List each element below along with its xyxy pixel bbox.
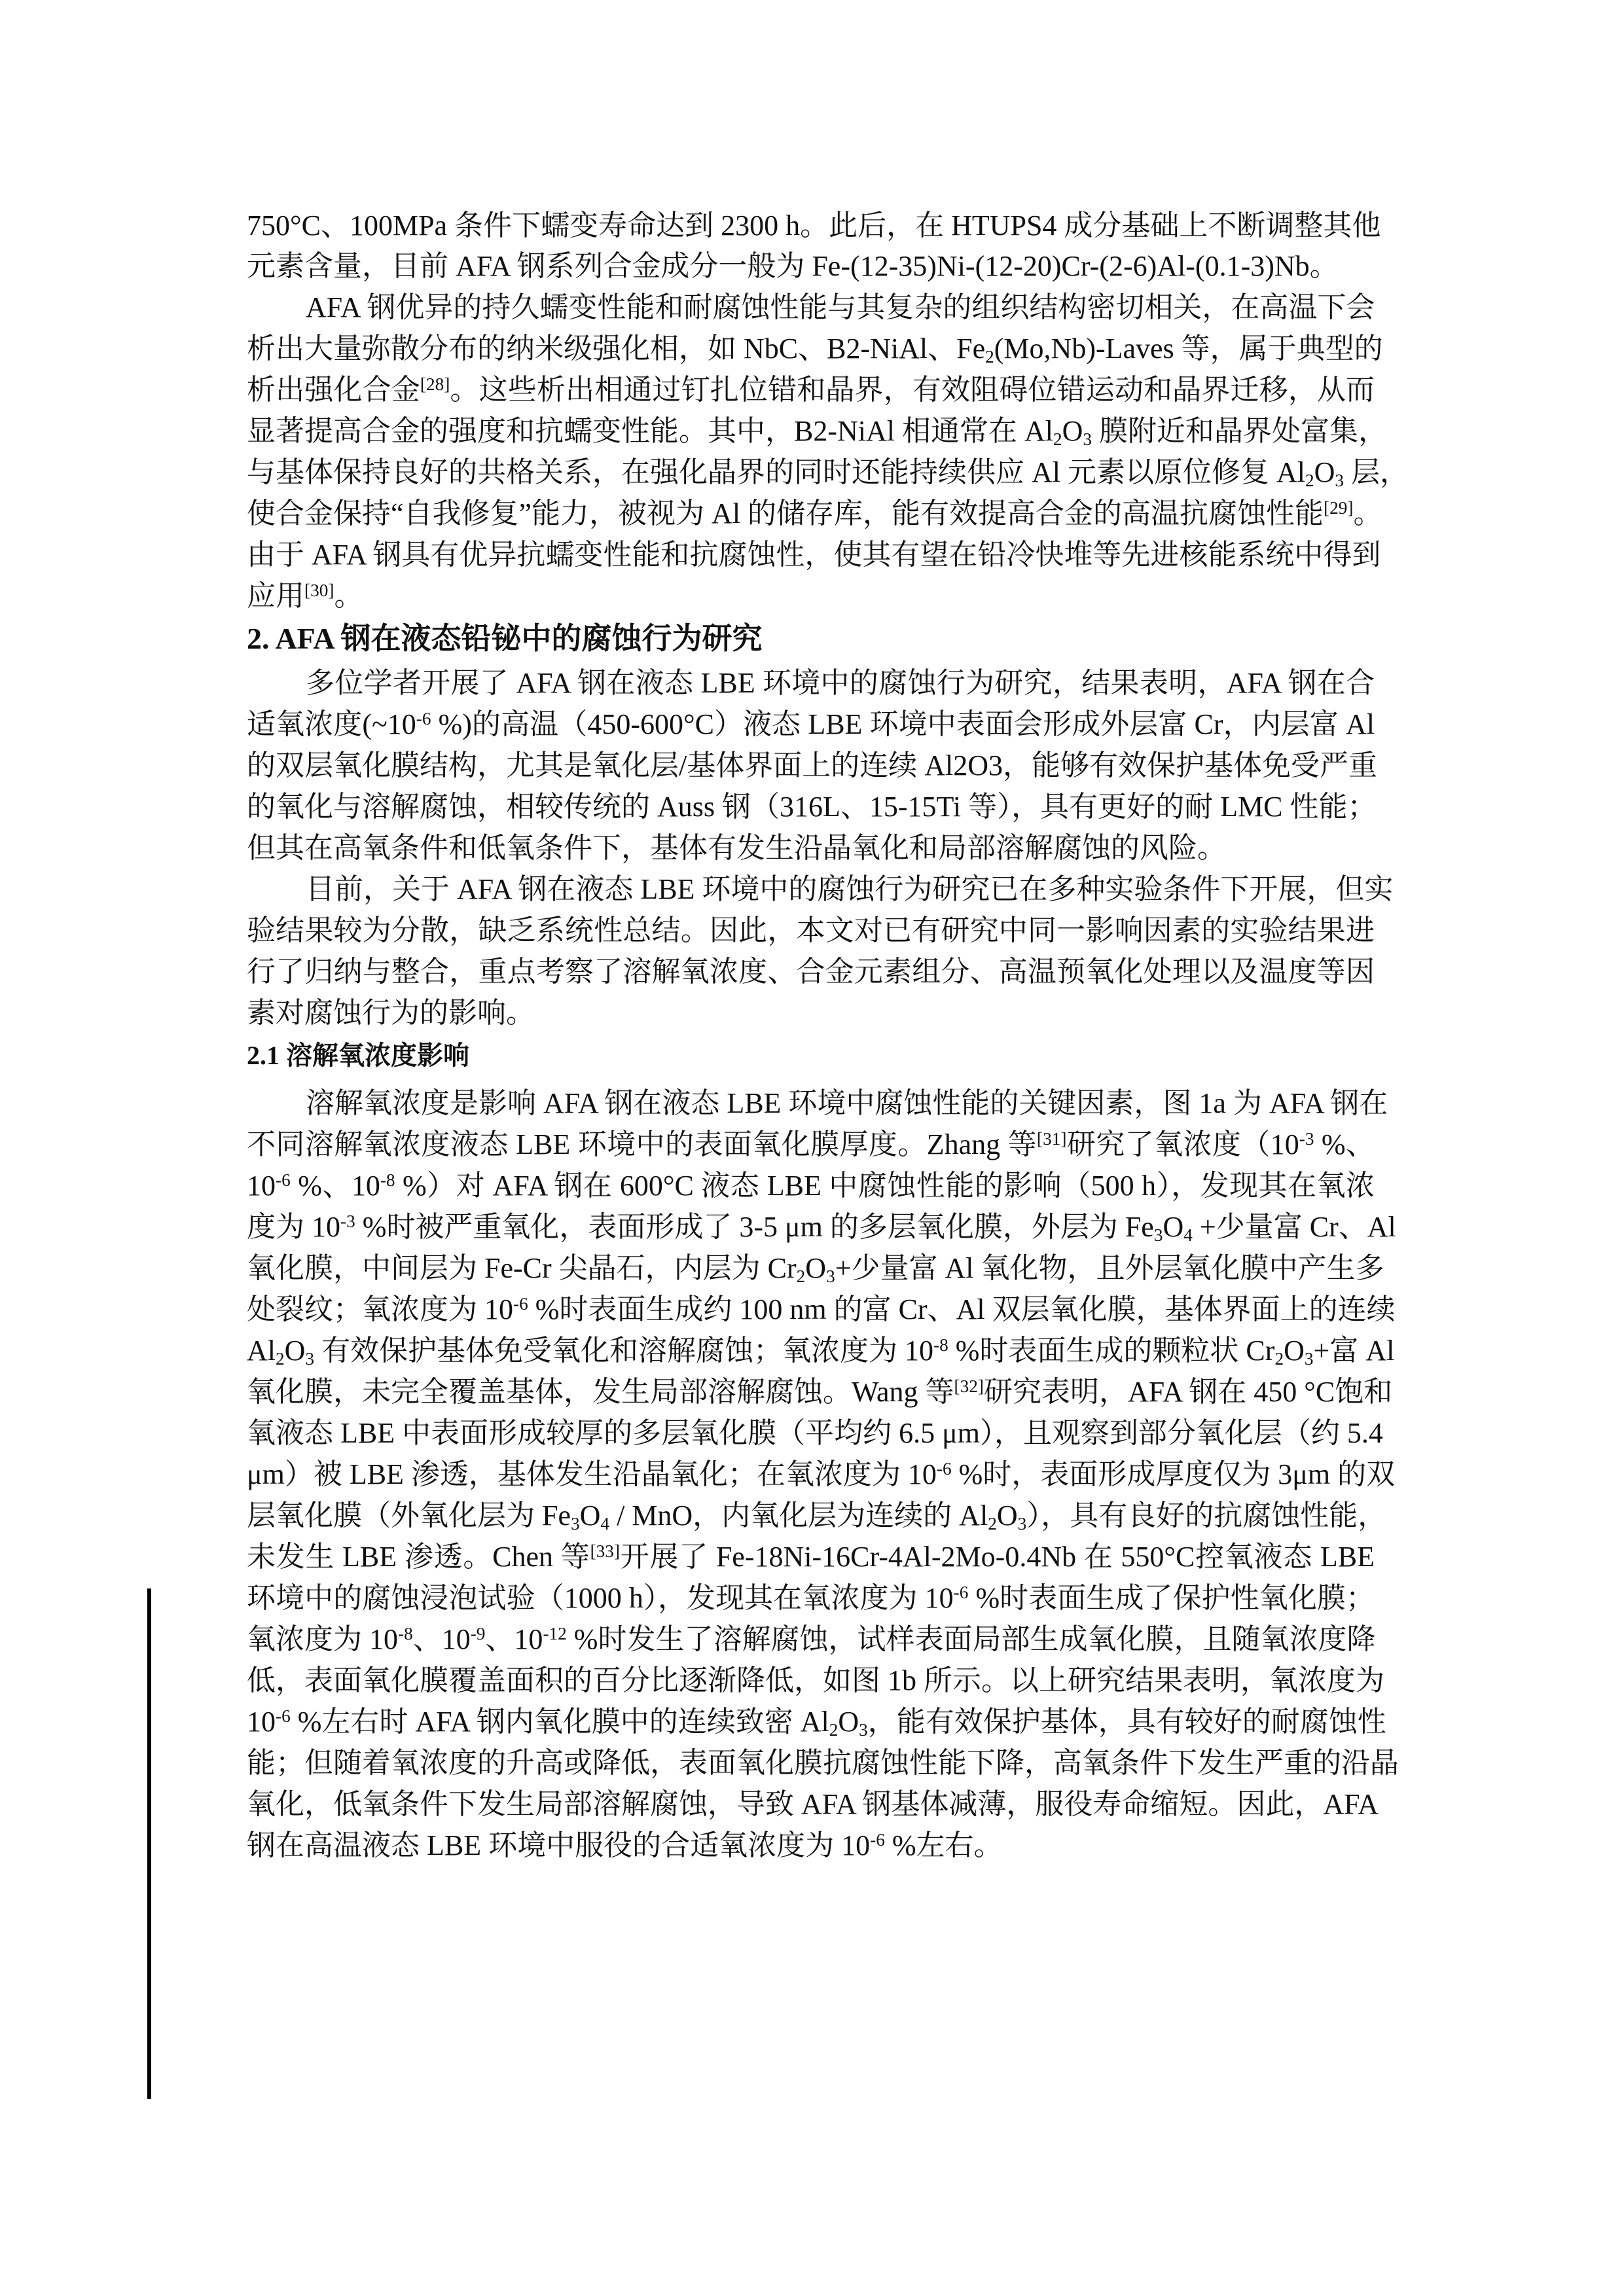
- text-run: μm）被 LBE 渗透，基体发生沿晶氧化；在氧浓度为 10: [247, 1458, 937, 1490]
- text-run: 验结果较为分散，缺乏系统性总结。因此，本文对已有研究中同一影响因素的实验结果进: [247, 914, 1375, 946]
- text-line: 显著提高合金的强度和抗蠕变性能。其中，B2-NiAl 相通常在 Al2O3 膜附…: [247, 411, 1375, 452]
- superscript: -12: [543, 1624, 566, 1643]
- text-run: AFA 钢优异的持久蠕变性能和耐腐蚀性能与其复杂的组织结构密切相关，在高温下会: [306, 291, 1375, 323]
- text-line: 低，表面氧化膜覆盖面积的百分比逐渐降低，如图 1b 所示。以上研究结果表明，氧浓…: [247, 1660, 1375, 1701]
- text-line: 750°C、100MPa 条件下蠕变寿命达到 2300 h。此后，在 HTUPS…: [247, 206, 1375, 246]
- text-run: 但其在高氧条件和低氧条件下，基体有发生沿晶氧化和局部溶解腐蚀的风险。: [247, 832, 1226, 864]
- superscript: [31]: [1037, 1129, 1066, 1149]
- text-line: 适氧浓度(~10-6 %)的高温（450-600°C）液态 LBE 环境中表面会…: [247, 704, 1375, 745]
- text-run: 行了归纳与整合，重点考察了溶解氧浓度、合金元素组分、高温预氧化处理以及温度等因: [247, 956, 1375, 988]
- text-run: %时表面生成的颗粒状 Cr: [948, 1335, 1275, 1367]
- subscript: 2: [1305, 471, 1314, 490]
- section-heading: 2. AFA 钢在液态铅铋中的腐蚀行为研究: [247, 619, 763, 659]
- text-line: 钢在高温液态 LBE 环境中服役的合适氧浓度为 10-6 %左右。: [247, 1825, 1375, 1866]
- subscript: 3: [571, 1514, 580, 1534]
- subscript: 2: [1274, 1349, 1284, 1369]
- text-run: 层，: [1344, 456, 1409, 488]
- text-run: 适氧浓度(~10: [247, 708, 416, 740]
- text-run: 10: [247, 1706, 276, 1738]
- superscript: [28]: [420, 374, 450, 394]
- subscript: 2: [797, 1266, 806, 1286]
- text-run: (Mo,Nb)-Laves 等，属于典型的: [994, 332, 1383, 365]
- superscript: [30]: [304, 581, 334, 600]
- text-run: 10: [247, 1170, 276, 1202]
- text-run: 析出强化合金: [247, 374, 420, 406]
- superscript: -3: [340, 1211, 355, 1231]
- superscript: -6: [276, 1706, 291, 1726]
- text-run: %、: [1314, 1128, 1375, 1160]
- text-run: %、10: [291, 1170, 380, 1202]
- text-line: 的氧化与溶解腐蚀，相较传统的 Auss 钢（316L、15-15Ti 等），具有…: [247, 787, 1375, 827]
- subscript: 2: [988, 1514, 997, 1534]
- text-run: 素对腐蚀行为的影响。: [247, 997, 535, 1029]
- text-run: 未发生 LBE 渗透。Chen 等: [247, 1541, 590, 1573]
- text-run: 膜附近和晶界处富集，: [1092, 415, 1387, 447]
- text-line: 氧化膜，中间层为 Fe-Cr 尖晶石，内层为 Cr2O3+少量富 Al 氧化物，…: [247, 1248, 1375, 1289]
- subscript: 3: [305, 1349, 314, 1369]
- text-run: O: [838, 1706, 859, 1738]
- subscript: 3: [859, 1720, 868, 1740]
- text-run: 750°C、100MPa 条件下蠕变寿命达到 2300 h。此后，在 HTUPS…: [247, 209, 1380, 242]
- text-run: 目前，关于 AFA 钢在液态 LBE 环境中的腐蚀行为研究已在多种实验条件下开展…: [306, 873, 1393, 905]
- text-run: 处裂纹；氧浓度为 10: [247, 1293, 513, 1325]
- text-line: 不同溶解氧浓度液态 LBE 环境中的表面氧化膜厚度。Zhang 等[31]研究了…: [247, 1124, 1375, 1165]
- superscript: -6: [870, 1830, 885, 1850]
- text-run: 元素含量，目前 AFA 钢系列合金成分一般为 Fe-(12-35)Ni-(12-…: [247, 250, 1339, 282]
- text-run: 能；但随着氧浓度的升高或降低，表面氧化膜抗腐蚀性能下降，高氧条件下发生严重的沿晶: [247, 1747, 1399, 1779]
- text-run: 。这些析出相通过钉扎位错和晶界，有效阻碍位错运动和晶界迁移，从而: [450, 374, 1375, 406]
- subscript: 4: [600, 1514, 609, 1534]
- superscript: [33]: [590, 1541, 620, 1561]
- text-run: %左右。: [885, 1829, 1003, 1861]
- text-line: 由于 AFA 钢具有优异抗蠕变性能和抗腐蚀性，使其有望在铅冷快堆等先进核能系统中…: [247, 535, 1375, 575]
- text-line: 多位学者开展了 AFA 钢在液态 LBE 环境中的腐蚀行为研究，结果表明，AFA…: [306, 663, 1375, 704]
- text-run: %时表面生成了保护性氧化膜；: [968, 1582, 1375, 1614]
- subscript: 3: [826, 1266, 835, 1286]
- text-line: 素对腐蚀行为的影响。: [247, 993, 1375, 1033]
- text-run: 应用: [247, 580, 304, 612]
- text-run: ，能有效保护基体，具有较好的耐腐蚀性: [868, 1706, 1386, 1738]
- text-run: O: [1284, 1335, 1305, 1367]
- subscript: 3: [1154, 1225, 1163, 1245]
- text-run: %时，表面形成厚度仅为 3μm 的双: [952, 1458, 1395, 1490]
- text-run: 度为 10: [247, 1211, 340, 1243]
- subscript: 2: [985, 347, 994, 367]
- text-run: 氧化膜，中间层为 Fe-Cr 尖晶石，内层为 Cr: [247, 1252, 797, 1284]
- superscript: -3: [1299, 1129, 1314, 1149]
- superscript: [29]: [1324, 498, 1353, 518]
- subscript: 2: [1053, 429, 1062, 449]
- text-run: 。: [334, 580, 363, 612]
- text-run: 不同溶解氧浓度液态 LBE 环境中的表面氧化膜厚度。Zhang 等: [247, 1128, 1037, 1160]
- text-line: 析出强化合金[28]。这些析出相通过钉扎位错和晶界，有效阻碍位错运动和晶界迁移，…: [247, 370, 1375, 410]
- text-run: 有效保护基体免受氧化和溶解腐蚀；氧浓度为 10: [314, 1335, 933, 1367]
- subscript: 3: [1083, 429, 1092, 449]
- superscript: -8: [380, 1170, 395, 1190]
- text-run: 钢在高温液态 LBE 环境中服役的合适氧浓度为 10: [247, 1829, 870, 1861]
- text-line: AFA 钢优异的持久蠕变性能和耐腐蚀性能与其复杂的组织结构密切相关，在高温下会: [306, 287, 1375, 328]
- text-line: 10-6 %、10-8 %）对 AFA 钢在 600°C 液态 LBE 中腐蚀性…: [247, 1166, 1375, 1206]
- text-run: 低，表面氧化膜覆盖面积的百分比逐渐降低，如图 1b 所示。以上研究结果表明，氧浓…: [247, 1664, 1384, 1696]
- text-run: 的氧化与溶解腐蚀，相较传统的 Auss 钢（316L、15-15Ti 等），具有…: [247, 791, 1376, 823]
- text-run: O: [285, 1335, 306, 1367]
- text-line: 氧浓度为 10-8、10-9、10-12 %时发生了溶解腐蚀，试样表面局部生成氧…: [247, 1619, 1375, 1660]
- text-run: O: [1163, 1211, 1183, 1243]
- subscript: 3: [1305, 1349, 1314, 1369]
- text-run: O: [1314, 456, 1335, 488]
- superscript: -8: [933, 1335, 948, 1355]
- superscript: -9: [471, 1624, 486, 1643]
- text-run: 由于 AFA 钢具有优异抗蠕变性能和抗腐蚀性，使其有望在铅冷快堆等先进核能系统中…: [247, 539, 1380, 571]
- text-run: 研究了氧浓度（10: [1066, 1128, 1299, 1160]
- text-run: 溶解氧浓度是影响 AFA 钢在液态 LBE 环境中腐蚀性能的关键因素，图 1a …: [306, 1087, 1388, 1119]
- text-line: 的双层氧化膜结构，尤其是氧化层/基体界面上的连续 Al2O3，能够有效保护基体免…: [247, 745, 1375, 786]
- text-line: 析出大量弥散分布的纳米级强化相，如 NbC、B2-NiAl、Fe2(Mo,Nb)…: [247, 329, 1375, 369]
- superscript: -6: [276, 1170, 291, 1190]
- text-line: 氧化膜，未完全覆盖基体，发生局部溶解腐蚀。Wang 等[32]研究表明，AFA …: [247, 1372, 1375, 1412]
- text-line: 度为 10-3 %时被严重氧化，表面形成了 3-5 μm 的多层氧化膜，外层为 …: [247, 1207, 1375, 1247]
- text-line: 应用[30]。: [247, 576, 1375, 617]
- text-run: 使合金保持“自我修复”能力，被视为 Al 的储存库，能有效提高合金的高温抗腐蚀性…: [247, 497, 1324, 529]
- text-line: 验结果较为分散，缺乏系统性总结。因此，本文对已有研究中同一影响因素的实验结果进: [247, 910, 1375, 951]
- text-run: 与基体保持良好的共格关系，在强化晶界的同时还能持续供应 Al 元素以原位修复 A…: [247, 456, 1305, 488]
- superscript: -6: [954, 1583, 969, 1602]
- text-run: 。: [1354, 497, 1382, 529]
- text-run: 研究表明，AFA 钢在 450 °C饱和: [984, 1376, 1392, 1408]
- text-run: %)的高温（450-600°C）液态 LBE 环境中表面会形成外层富 Cr，内层…: [431, 708, 1375, 740]
- text-line: 10-6 %左右时 AFA 钢内氧化膜中的连续致密 Al2O3，能有效保护基体，…: [247, 1702, 1375, 1742]
- text-run: +少量富 Cr、Al: [1193, 1211, 1396, 1243]
- subscript: 4: [1183, 1225, 1193, 1245]
- text-run: ），具有良好的抗腐蚀性能，: [1026, 1499, 1386, 1532]
- text-run: / MnO，内氧化层为连续的 Al: [609, 1499, 988, 1532]
- text-run: O: [580, 1499, 601, 1532]
- text-run: 氧化，低氧条件下发生局部溶解腐蚀，导致 AFA 钢基体减薄，服役寿命缩短。因此，…: [247, 1788, 1379, 1820]
- text-run: %时被严重氧化，表面形成了 3-5 μm 的多层氧化膜，外层为 Fe: [355, 1211, 1154, 1243]
- text-run: %时发生了溶解腐蚀，试样表面局部生成氧化膜，且随氧浓度降: [567, 1623, 1376, 1655]
- text-line: 溶解氧浓度是影响 AFA 钢在液态 LBE 环境中腐蚀性能的关键因素，图 1a …: [306, 1083, 1375, 1124]
- text-line: 与基体保持良好的共格关系，在强化晶界的同时还能持续供应 Al 元素以原位修复 A…: [247, 452, 1375, 493]
- text-line: 氧液态 LBE 中表面形成较厚的多层氧化膜（平均约 6.5 μm），且观察到部分…: [247, 1413, 1375, 1454]
- text-run: 析出大量弥散分布的纳米级强化相，如 NbC、B2-NiAl、Fe: [247, 332, 985, 365]
- subscript: 3: [1335, 471, 1344, 490]
- superscript: -6: [416, 709, 431, 728]
- text-run: 氧化膜，未完全覆盖基体，发生局部溶解腐蚀。Wang 等: [247, 1376, 954, 1408]
- text-line: 未发生 LBE 渗透。Chen 等[33]开展了 Fe-18Ni-16Cr-4A…: [247, 1537, 1375, 1577]
- text-line: Al2O3 有效保护基体免受氧化和溶解腐蚀；氧浓度为 10-8 %时表面生成的颗…: [247, 1331, 1375, 1371]
- text-line: 但其在高氧条件和低氧条件下，基体有发生沿晶氧化和局部溶解腐蚀的风险。: [247, 828, 1375, 869]
- text-run: 、10: [413, 1623, 471, 1655]
- text-line: 能；但随着氧浓度的升高或降低，表面氧化膜抗腐蚀性能下降，高氧条件下发生严重的沿晶: [247, 1743, 1375, 1784]
- text-line: 行了归纳与整合，重点考察了溶解氧浓度、合金元素组分、高温预氧化处理以及温度等因: [247, 952, 1375, 992]
- subscript: 2: [829, 1720, 839, 1740]
- text-run: 开展了 Fe-18Ni-16Cr-4Al-2Mo-0.4Nb 在 550°C控氧…: [620, 1541, 1375, 1573]
- text-run: %左右时 AFA 钢内氧化膜中的连续致密 Al: [291, 1706, 829, 1738]
- text-run: O: [805, 1252, 826, 1284]
- subsection-heading: 2.1 溶解氧浓度影响: [247, 1037, 469, 1074]
- text-line: μm）被 LBE 渗透，基体发生沿晶氧化；在氧浓度为 10-6 %时，表面形成厚…: [247, 1454, 1375, 1495]
- text-run: 多位学者开展了 AFA 钢在液态 LBE 环境中的腐蚀行为研究，结果表明，AFA…: [306, 667, 1375, 699]
- superscript: -6: [937, 1459, 952, 1479]
- text-run: %时表面生成约 100 nm 的富 Cr、Al 双层氧化膜，基体界面上的连续: [528, 1293, 1396, 1325]
- superscript: [32]: [954, 1376, 984, 1396]
- text-run: 氧液态 LBE 中表面形成较厚的多层氧化膜（平均约 6.5 μm），且观察到部分…: [247, 1417, 1383, 1449]
- subscript: 3: [1018, 1514, 1027, 1534]
- text-line: 氧化，低氧条件下发生局部溶解腐蚀，导致 AFA 钢基体减薄，服役寿命缩短。因此，…: [247, 1784, 1375, 1825]
- text-run: 、10: [485, 1623, 543, 1655]
- text-run: +少量富 Al 氧化物，且外层氧化膜中产生多: [835, 1252, 1384, 1284]
- text-run: 氧浓度为 10: [247, 1623, 398, 1655]
- superscript: -6: [513, 1294, 528, 1314]
- subscript: 2: [276, 1349, 285, 1369]
- text-run: 层氧化膜（外氧化层为 Fe: [247, 1499, 571, 1532]
- text-line: 使合金保持“自我修复”能力，被视为 Al 的储存库，能有效提高合金的高温抗腐蚀性…: [247, 493, 1375, 534]
- text-run: O: [1062, 415, 1083, 447]
- text-run: 环境中的腐蚀浸泡试验（1000 h），发现其在氧浓度为 10: [247, 1582, 954, 1614]
- superscript: -8: [398, 1624, 413, 1643]
- text-run: 显著提高合金的强度和抗蠕变性能。其中，B2-NiAl 相通常在 Al: [247, 415, 1053, 447]
- text-line: 目前，关于 AFA 钢在液态 LBE 环境中的腐蚀行为研究已在多种实验条件下开展…: [306, 869, 1375, 910]
- text-run: Al: [247, 1335, 276, 1367]
- text-line: 元素含量，目前 AFA 钢系列合金成分一般为 Fe-(12-35)Ni-(12-…: [247, 246, 1375, 287]
- text-run: O: [997, 1499, 1018, 1532]
- text-run: 的双层氧化膜结构，尤其是氧化层/基体界面上的连续 Al2O3，能够有效保护基体免…: [247, 749, 1377, 781]
- revision-change-bar: [147, 1588, 151, 2099]
- text-run: +富 Al: [1314, 1335, 1395, 1367]
- text-line: 环境中的腐蚀浸泡试验（1000 h），发现其在氧浓度为 10-6 %时表面生成了…: [247, 1578, 1375, 1619]
- text-run: %）对 AFA 钢在 600°C 液态 LBE 中腐蚀性能的影响（500 h），…: [395, 1170, 1375, 1202]
- text-line: 层氧化膜（外氧化层为 Fe3O4 / MnO，内氧化层为连续的 Al2O3），具…: [247, 1496, 1375, 1536]
- text-line: 处裂纹；氧浓度为 10-6 %时表面生成约 100 nm 的富 Cr、Al 双层…: [247, 1289, 1375, 1330]
